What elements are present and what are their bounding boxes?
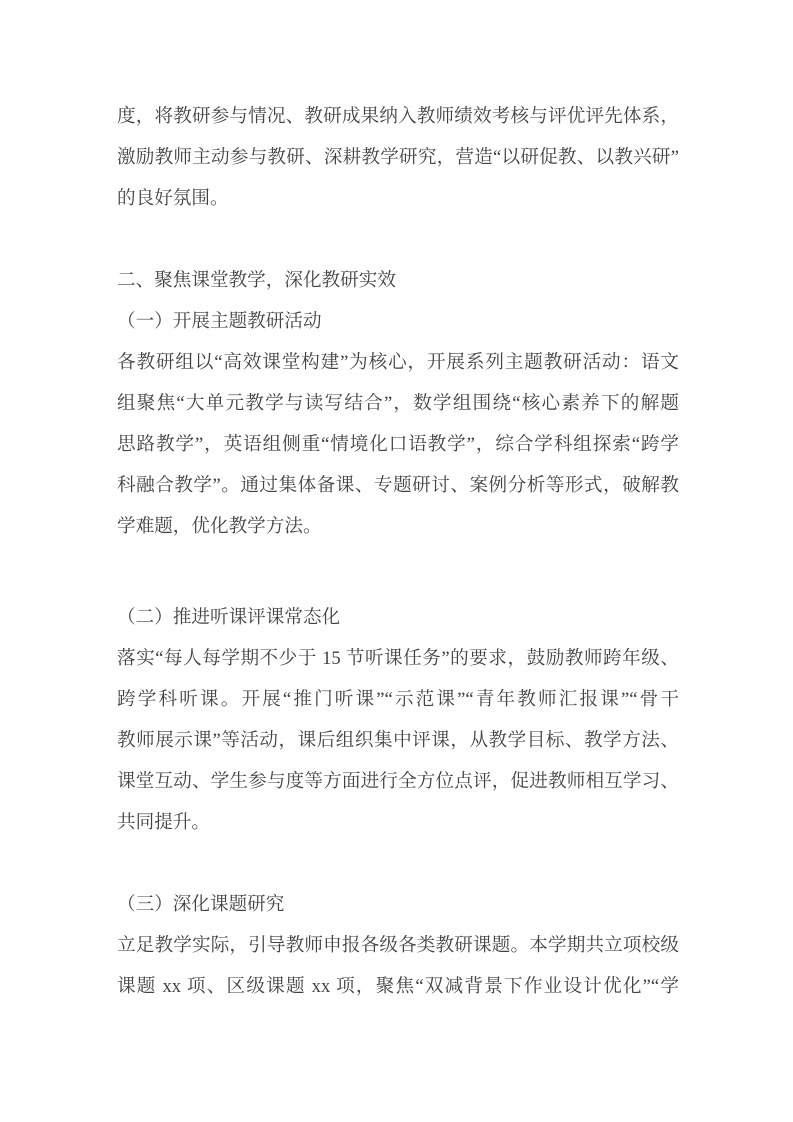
document-page: 度，将教研参与情况、教研成果纳入教师绩效考核与评优评先体系， 激励教师主动参与教… bbox=[0, 0, 793, 1122]
document-content: 度，将教研参与情况、教研成果纳入教师绩效考核与评优评先体系， 激励教师主动参与教… bbox=[117, 96, 679, 1007]
text-line: 度，将教研参与情况、教研成果纳入教师绩效考核与评优评先体系， bbox=[117, 96, 679, 137]
text-line: 立足教学实际，引导教师申报各级各类教研课题。本学期共立项校级 bbox=[117, 925, 679, 966]
subsection-heading-1: （一）开展主题教研活动 bbox=[117, 301, 679, 342]
text-line: 各教研组以“高效课堂构建”为核心，开展系列主题教研活动：语文 bbox=[117, 342, 679, 383]
text-line: 教师展示课”等活动，课后组织集中评课，从教学目标、教学方法、 bbox=[117, 720, 679, 761]
text-line: 组聚焦“大单元教学与读写结合”，数学组围绕“核心素养下的解题 bbox=[117, 383, 679, 424]
text-line: 激励教师主动参与教研、深耕教学研究，营造“以研促教、以教兴研” bbox=[117, 137, 679, 178]
paragraph-sub1: 各教研组以“高效课堂构建”为核心，开展系列主题教研活动：语文 组聚焦“大单元教学… bbox=[117, 342, 679, 547]
paragraph-sub3: 立足教学实际，引导教师申报各级各类教研课题。本学期共立项校级 课题 xx 项、区… bbox=[117, 925, 679, 1007]
text-line: 思路教学”，英语组侧重“情境化口语教学”，综合学科组探索“跨学 bbox=[117, 424, 679, 465]
subsection-heading-3: （三）深化课题研究 bbox=[117, 884, 679, 925]
subsection-heading-2: （二）推进听课评课常态化 bbox=[117, 597, 679, 638]
paragraph-sub2: 落实“每人每学期不少于 15 节听课任务”的要求，鼓励教师跨年级、 跨学科听课。… bbox=[117, 638, 679, 843]
text-line: 落实“每人每学期不少于 15 节听课任务”的要求，鼓励教师跨年级、 bbox=[117, 638, 679, 679]
text-line: 共同提升。 bbox=[117, 802, 679, 843]
section-heading: 二、聚焦课堂教学，深化教研实效 bbox=[117, 260, 679, 301]
text-line: 学难题，优化教学方法。 bbox=[117, 506, 679, 547]
text-line: 科融合教学”。通过集体备课、专题研讨、案例分析等形式，破解教 bbox=[117, 465, 679, 506]
text-line: 课题 xx 项、区级课题 xx 项，聚焦“双减背景下作业设计优化”“学 bbox=[117, 966, 679, 1007]
paragraph-continuation: 度，将教研参与情况、教研成果纳入教师绩效考核与评优评先体系， 激励教师主动参与教… bbox=[117, 96, 679, 219]
text-line: 的良好氛围。 bbox=[117, 178, 679, 219]
text-line: 课堂互动、学生参与度等方面进行全方位点评，促进教师相互学习、 bbox=[117, 761, 679, 802]
text-line: 跨学科听课。开展“推门听课”“示范课”“青年教师汇报课”“骨干 bbox=[117, 679, 679, 720]
